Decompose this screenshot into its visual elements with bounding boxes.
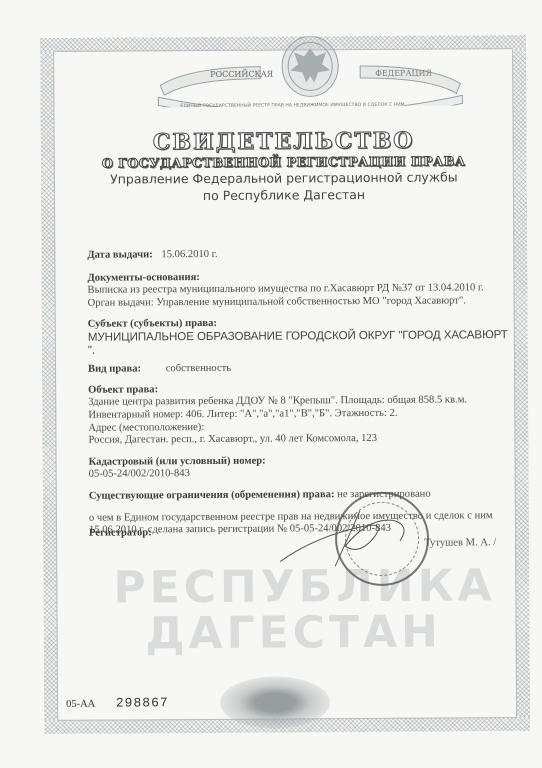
republic-watermark: РЕСПУБЛИКА ДАГЕСТАН (113, 563, 474, 657)
subject-value: МУНИЦИПАЛЬНОЕ ОБРАЗОВАНИЕ ГОРОДСКОЙ ОКРУ… (88, 329, 508, 357)
object-address: Россия, Дагестан. респ., г. Хасавюрт., у… (88, 432, 508, 447)
subject-section: Субъект (субъекты) права: МУНИЦИПАЛЬНОЕ … (88, 317, 508, 357)
signature-icon (275, 506, 435, 577)
documents-line-2: Орган выдачи: Управление муниципальной с… (88, 295, 508, 310)
object-section: Объект права: Здание центра развития реб… (88, 382, 508, 448)
issue-date-label: Дата выдачи: (87, 249, 152, 260)
certificate-sheet: РОССИЙСКАЯ ФЕДЕРАЦИЯ ЕДИНЫЙ ГОСУДАРСТВЕН… (40, 35, 530, 734)
form-serial: 05-АА 298867 (66, 695, 169, 711)
watermark-line-2: ДАГЕСТАН (114, 609, 474, 657)
serial-number: 298867 (116, 695, 169, 710)
documents-section: Документы-основания: Выписка из реестра … (87, 270, 507, 310)
issue-date-value: 15.06.2010 г. (161, 249, 217, 260)
right-type-label: Вид права: (88, 364, 141, 375)
document-title: СВИДЕТЕЛЬСТВО О ГОСУДАРСТВЕННОЙ РЕГИСТРА… (41, 127, 527, 171)
certificate-body: Дата выдачи: 15.06.2010 г. Документы-осн… (87, 247, 509, 544)
registrar-name: Тутушев М. А. / (424, 537, 496, 548)
object-line-1: Здание центра развития ребенка ДДОУ № 8 … (88, 394, 508, 409)
encumbrances-row: Существующие ограничения (обременения) п… (89, 488, 509, 503)
cadastral-section: Кадастровый (или условный) номер: 05-05-… (89, 454, 509, 482)
issue-date-row: Дата выдачи: 15.06.2010 г. (87, 247, 507, 262)
issuing-agency: Управление Федеральной регистрационной с… (41, 168, 527, 205)
serial-series: 05-АА (66, 699, 95, 710)
cadastral-value: 05-05-24/002/2010-843 (89, 466, 509, 481)
agency-line-1: Управление Федеральной регистрационной с… (41, 168, 527, 188)
ribbon-right-text: ФЕДЕРАЦИЯ (375, 69, 432, 78)
header-banner: РОССИЙСКАЯ ФЕДЕРАЦИЯ ЕДИНЫЙ ГОСУДАРСТВЕН… (150, 35, 470, 107)
agency-line-2: по Республике Дагестан (41, 185, 527, 205)
registrar-label: Регистратор: (89, 527, 152, 538)
right-type-value: собственность (166, 363, 232, 374)
ribbon-left-text: РОССИЙСКАЯ (210, 70, 274, 79)
encumbrances-label: Существующие ограничения (обременения) п… (89, 489, 335, 502)
right-type-row: Вид права: собственность (88, 361, 508, 376)
title-main: СВИДЕТЕЛЬСТВО (41, 127, 527, 156)
